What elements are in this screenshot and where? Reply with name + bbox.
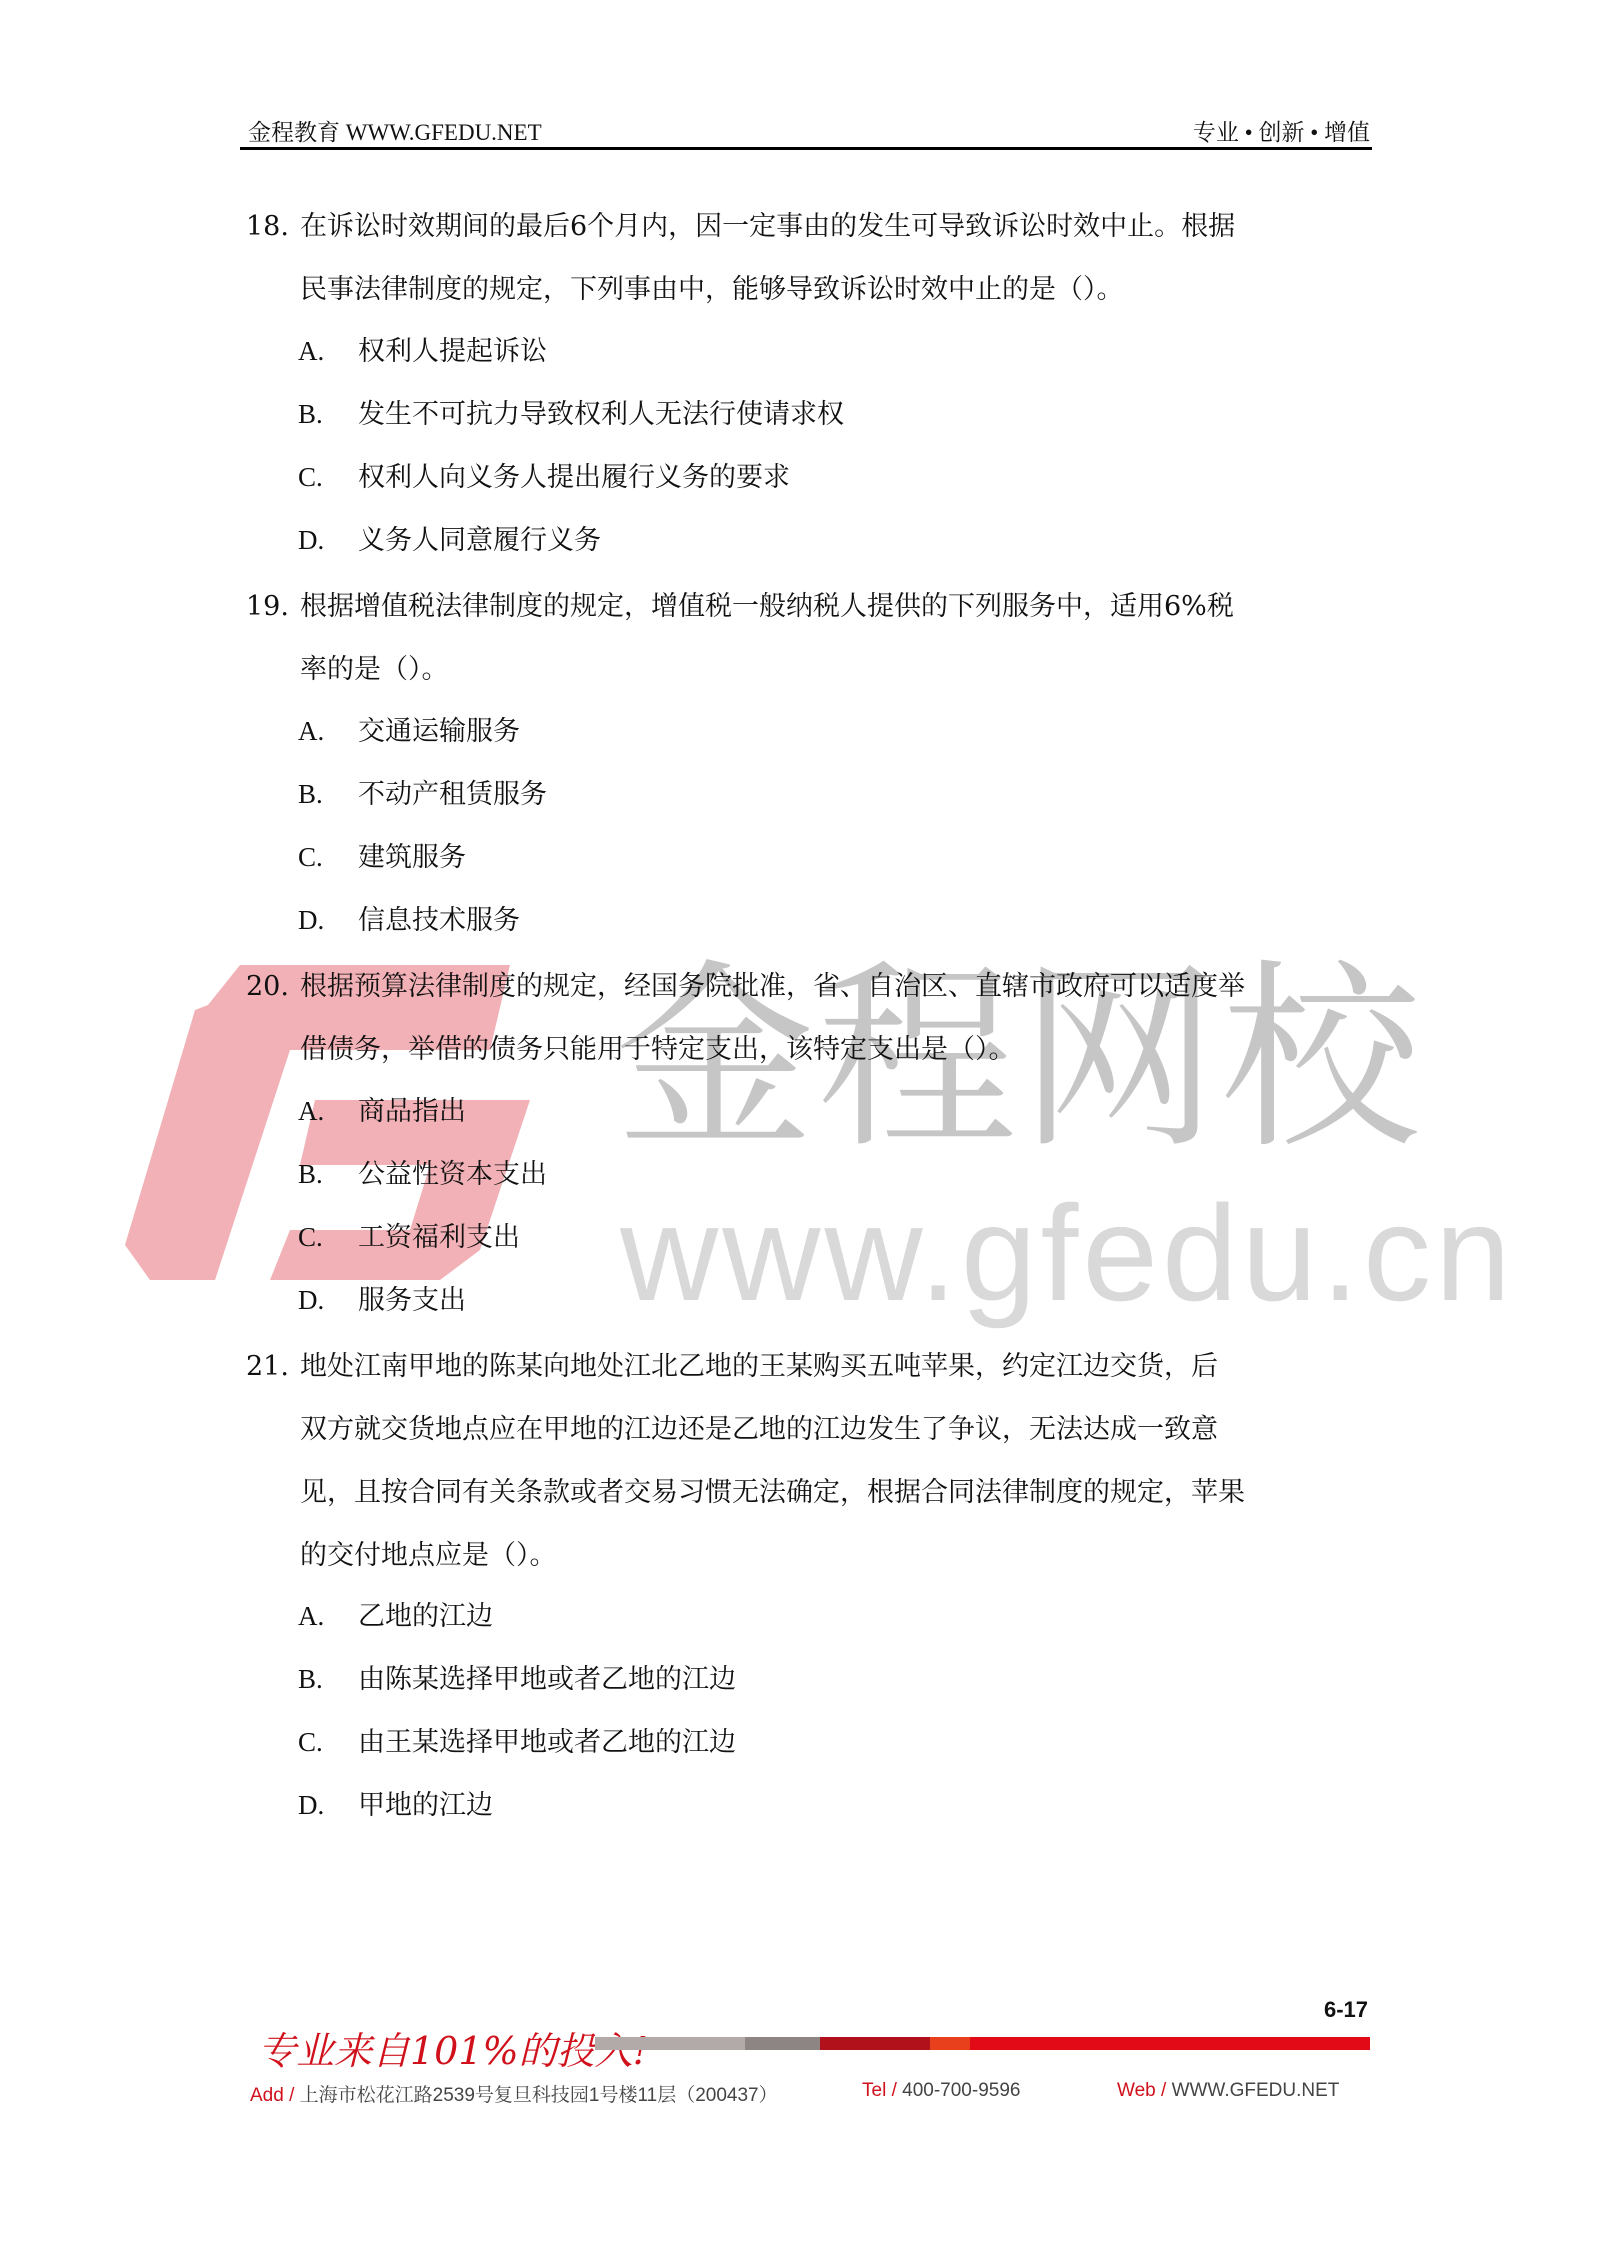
question-21-stem: 21.地处江南甲地的陈某向地处江北乙地的王某购买五吨苹果，约定江边交货，后 双方… [246,1335,1376,1587]
option-text: 由陈某选择甲地或者乙地的江边 [358,1664,736,1695]
web-link[interactable]: WWW.GFEDU.NET [1172,2080,1340,2101]
address-value: 上海市松花江路2539号复旦科技园1号楼11层（200437） [300,2085,778,2106]
question-number: 19. [246,575,300,638]
footer-bar-segment [930,2037,970,2050]
address-label: Add / [250,2085,294,2106]
question-18-option-d[interactable]: D.义务人同意履行义务 [298,520,601,561]
question-text: 在诉讼时效期间的最后6个月内，因一定事由的发生可导致诉讼时效中止。根据 [300,211,1235,242]
footer-web: Web / WWW.GFEDU.NET [1117,2080,1339,2102]
footer-bar-segment [595,2037,745,2050]
option-text: 甲地的江边 [358,1790,493,1821]
option-letter: B. [298,1154,358,1194]
option-letter: C. [298,1722,358,1762]
option-letter: A. [298,1596,358,1636]
question-20-option-b[interactable]: B.公益性资本支出 [298,1154,547,1195]
question-text: 根据增值税法律制度的规定，增值税一般纳税人提供的下列服务中，适用6%税 [300,591,1234,622]
question-20-option-c[interactable]: C.工资福利支出 [298,1217,520,1258]
footer-bar-segment [745,2037,820,2050]
option-letter: D. [298,1280,358,1320]
option-letter: D. [298,520,358,560]
question-text-continued: 借债务，举借的债务只能用于特定支出，该特定支出是（）。 [246,1018,1376,1081]
header-divider [240,147,1372,150]
question-text-continued: 率的是（）。 [246,638,1376,701]
option-letter: A. [298,331,358,371]
option-letter: D. [298,900,358,940]
question-18-option-a[interactable]: A.权利人提起诉讼 [298,331,547,372]
question-18-stem: 18.在诉讼时效期间的最后6个月内，因一定事由的发生可导致诉讼时效中止。根据 民… [246,195,1376,321]
question-20-stem: 20.根据预算法律制度的规定，经国务院批准，省、自治区、直辖市政府可以适度举 借… [246,955,1376,1081]
option-text: 建筑服务 [358,842,466,873]
question-18-option-c[interactable]: C.权利人向义务人提出履行义务的要求 [298,457,790,498]
page-number: 6-17 [1324,1997,1368,2023]
option-text: 权利人向义务人提出履行义务的要求 [358,462,790,493]
option-letter: B. [298,774,358,814]
question-20-option-d[interactable]: D.服务支出 [298,1280,466,1321]
option-letter: D. [298,1785,358,1825]
option-text: 公益性资本支出 [358,1159,547,1190]
footer-address: Add / 上海市松花江路2539号复旦科技园1号楼11层（200437） [250,2080,778,2107]
question-21-option-b[interactable]: B.由陈某选择甲地或者乙地的江边 [298,1659,736,1700]
option-text: 权利人提起诉讼 [358,336,547,367]
question-number: 21. [246,1335,300,1398]
header-brand: 金程教育 WWW.GFEDU.NET [248,114,542,147]
option-text: 信息技术服务 [358,905,520,936]
question-number: 18. [246,195,300,258]
option-letter: B. [298,1659,358,1699]
question-text-continued: 双方就交货地点应在甲地的江边还是乙地的江边发生了争议，无法达成一致意 [246,1398,1376,1461]
option-text: 不动产租赁服务 [358,779,547,810]
option-text: 服务支出 [358,1285,466,1316]
option-letter: C. [298,457,358,497]
question-21-option-c[interactable]: C.由王某选择甲地或者乙地的江边 [298,1722,736,1763]
question-text-continued: 见，且按合同有关条款或者交易习惯无法确定，根据合同法律制度的规定，苹果 [246,1461,1376,1524]
question-19-option-a[interactable]: A.交通运输服务 [298,711,520,752]
footer-tel: Tel / 400-700-9596 [862,2080,1020,2102]
option-text: 发生不可抗力导致权利人无法行使请求权 [358,399,844,430]
tel-value: 400-700-9596 [902,2080,1020,2101]
question-19-option-b[interactable]: B.不动产租赁服务 [298,774,547,815]
option-letter: A. [298,711,358,751]
option-text: 乙地的江边 [358,1601,493,1632]
footer-slogan: 专业来自101%的投入! [258,2020,648,2075]
question-21-option-d[interactable]: D.甲地的江边 [298,1785,493,1826]
header-motto: 专业 • 创新 • 增值 [1193,114,1370,147]
document-page: 金程教育 WWW.GFEDU.NET 专业 • 创新 • 增值 金程网校 www… [0,0,1600,2263]
footer-bar-segment [820,2037,930,2050]
watermark-url-text: www.gfedu.cn [620,1185,1515,1321]
question-19-option-d[interactable]: D.信息技术服务 [298,900,520,941]
question-text: 地处江南甲地的陈某向地处江北乙地的王某购买五吨苹果，约定江边交货，后 [300,1351,1218,1382]
option-letter: C. [298,1217,358,1257]
question-19-stem: 19.根据增值税法律制度的规定，增值税一般纳税人提供的下列服务中，适用6%税 率… [246,575,1376,701]
question-text: 根据预算法律制度的规定，经国务院批准，省、自治区、直辖市政府可以适度举 [300,971,1245,1002]
question-21-option-a[interactable]: A.乙地的江边 [298,1596,493,1637]
question-19-option-c[interactable]: C.建筑服务 [298,837,466,878]
question-text-continued: 民事法律制度的规定，下列事由中，能够导致诉讼时效中止的是（）。 [246,258,1376,321]
option-letter: B. [298,394,358,434]
option-text: 交通运输服务 [358,716,520,747]
question-text-continued: 的交付地点应是（）。 [246,1524,1376,1587]
option-text: 商品指出 [358,1096,466,1127]
footer-bar-segment [970,2037,1370,2050]
option-letter: C. [298,837,358,877]
tel-label: Tel / [862,2080,897,2101]
question-number: 20. [246,955,300,1018]
option-letter: A. [298,1091,358,1131]
option-text: 由王某选择甲地或者乙地的江边 [358,1727,736,1758]
question-18-option-b[interactable]: B.发生不可抗力导致权利人无法行使请求权 [298,394,844,435]
question-20-option-a[interactable]: A.商品指出 [298,1091,466,1132]
option-text: 工资福利支出 [358,1222,520,1253]
option-text: 义务人同意履行义务 [358,525,601,556]
web-label: Web / [1117,2080,1166,2101]
